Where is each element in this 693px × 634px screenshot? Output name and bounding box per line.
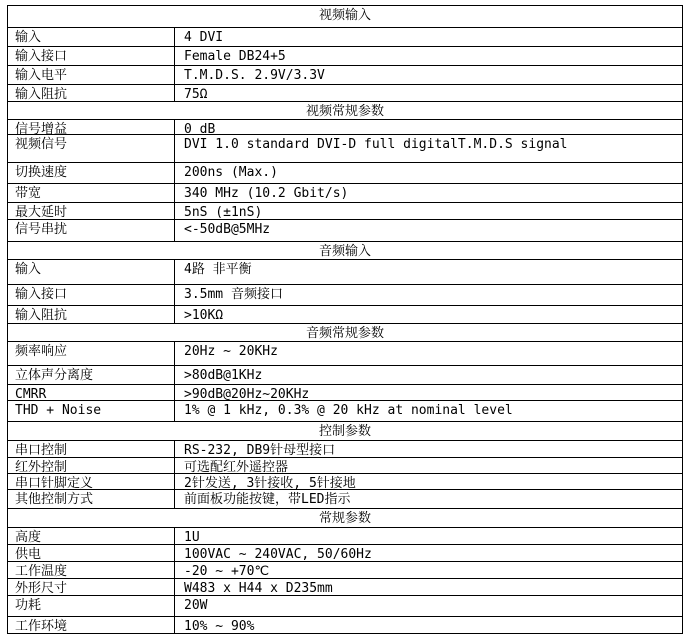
spec-row: 输入电平 T.M.D.S. 2.9V/3.3V xyxy=(8,65,682,84)
spec-row: 工作环境 10% ~ 90% xyxy=(8,616,682,633)
spec-row: 输入接口 3.5mm 音频接口 xyxy=(8,284,682,305)
spec-row: 视频信号 DVI 1.0 standard DVI-D full digital… xyxy=(8,134,682,162)
spec-row: 输入阻抗 75Ω xyxy=(8,84,682,101)
spec-row: CMRR >90dB@20Hz~20KHz xyxy=(8,384,682,400)
spec-label: 供电 xyxy=(8,545,175,561)
spec-value: Female DB24+5 xyxy=(175,47,682,65)
spec-label: 输入电平 xyxy=(8,66,175,84)
spec-value: 0 dB xyxy=(175,120,682,134)
spec-row: 信号串扰 <-50dB@5MHz xyxy=(8,219,682,241)
spec-row: 最大延时 5nS (±1nS) xyxy=(8,202,682,219)
spec-label: 串口针脚定义 xyxy=(8,474,175,489)
spec-label: 输入接口 xyxy=(8,285,175,305)
section-header-video-general: 视频常规参数 xyxy=(8,101,682,119)
spec-label: CMRR xyxy=(8,385,175,400)
spec-label: 输入 xyxy=(8,260,175,284)
spec-value: 10% ~ 90% xyxy=(175,617,682,633)
spec-value: 5nS (±1nS) xyxy=(175,203,682,219)
spec-value: 20Hz ~ 20KHz xyxy=(175,342,682,365)
spec-label: 红外控制 xyxy=(8,458,175,473)
spec-label: 功耗 xyxy=(8,596,175,616)
section-header-audio-input: 音频输入 xyxy=(8,241,682,259)
spec-value: 2针发送, 3针接收, 5针接地 xyxy=(175,474,682,489)
spec-row: 功耗 20W xyxy=(8,595,682,616)
spec-row: 工作温度 -20 ~ +70℃ xyxy=(8,561,682,578)
section-header-audio-general: 音频常规参数 xyxy=(8,323,682,341)
spec-row: THD + Noise 1% @ 1 kHz, 0.3% @ 20 kHz at… xyxy=(8,400,682,421)
spec-value: 前面板功能按键，带LED指示 xyxy=(175,490,682,508)
spec-label: 频率响应 xyxy=(8,342,175,365)
spec-label: 最大延时 xyxy=(8,203,175,219)
spec-row: 红外控制 可选配红外遥控器 xyxy=(8,457,682,473)
spec-value: 75Ω xyxy=(175,85,682,101)
spec-value: W483 x H44 x D235mm xyxy=(175,579,682,595)
spec-label: 输入接口 xyxy=(8,47,175,65)
spec-label: 视频信号 xyxy=(8,135,175,162)
spec-row: 输入 4路 非平衡 xyxy=(8,259,682,284)
spec-value: -20 ~ +70℃ xyxy=(175,562,682,578)
spec-label: 带宽 xyxy=(8,184,175,202)
spec-row: 输入 4 DVI xyxy=(8,27,682,46)
spec-row: 串口针脚定义 2针发送, 3针接收, 5针接地 xyxy=(8,473,682,489)
spec-label: 其他控制方式 xyxy=(8,490,175,508)
spec-label: 工作温度 xyxy=(8,562,175,578)
spec-row: 立体声分离度 >80dB@1KHz xyxy=(8,365,682,384)
spec-row: 串口控制 RS-232, DB9针母型接口 xyxy=(8,440,682,457)
spec-row: 外形尺寸 W483 x H44 x D235mm xyxy=(8,578,682,595)
spec-row: 频率响应 20Hz ~ 20KHz xyxy=(8,341,682,365)
spec-value: >10KΩ xyxy=(175,306,682,323)
spec-label: 串口控制 xyxy=(8,441,175,457)
section-header-general: 常规参数 xyxy=(8,508,682,527)
spec-label: 输入阻抗 xyxy=(8,306,175,323)
spec-value: 1U xyxy=(175,528,682,544)
spec-value: 20W xyxy=(175,596,682,616)
spec-value: 200ns (Max.) xyxy=(175,163,682,183)
spec-value: RS-232, DB9针母型接口 xyxy=(175,441,682,457)
spec-row: 输入接口 Female DB24+5 xyxy=(8,46,682,65)
spec-value: T.M.D.S. 2.9V/3.3V xyxy=(175,66,682,84)
spec-label: 切换速度 xyxy=(8,163,175,183)
spec-label: 输入阻抗 xyxy=(8,85,175,101)
spec-value: >90dB@20Hz~20KHz xyxy=(175,385,682,400)
spec-value: 可选配红外遥控器 xyxy=(175,458,682,473)
spec-label: 信号增益 xyxy=(8,120,175,134)
spec-value: 4路 非平衡 xyxy=(175,260,682,284)
spec-value: <-50dB@5MHz xyxy=(175,220,682,241)
spec-row: 输入阻抗 >10KΩ xyxy=(8,305,682,323)
spec-label: 立体声分离度 xyxy=(8,366,175,384)
spec-row: 信号增益 0 dB xyxy=(8,119,682,134)
spec-row: 带宽 340 MHz (10.2 Gbit/s) xyxy=(8,183,682,202)
spec-value: 4 DVI xyxy=(175,28,682,46)
spec-value: 3.5mm 音频接口 xyxy=(175,285,682,305)
spec-label: 信号串扰 xyxy=(8,220,175,241)
spec-table: 视频输入 输入 4 DVI 输入接口 Female DB24+5 输入电平 T.… xyxy=(7,5,683,634)
spec-row: 供电 100VAC ~ 240VAC, 50/60Hz xyxy=(8,544,682,561)
spec-value: >80dB@1KHz xyxy=(175,366,682,384)
spec-label: 高度 xyxy=(8,528,175,544)
spec-row: 高度 1U xyxy=(8,527,682,544)
spec-value: 1% @ 1 kHz, 0.3% @ 20 kHz at nominal lev… xyxy=(175,401,682,421)
spec-label: THD + Noise xyxy=(8,401,175,421)
spec-value: 340 MHz (10.2 Gbit/s) xyxy=(175,184,682,202)
spec-label: 外形尺寸 xyxy=(8,579,175,595)
spec-row: 其他控制方式 前面板功能按键，带LED指示 xyxy=(8,489,682,508)
spec-value: 100VAC ~ 240VAC, 50/60Hz xyxy=(175,545,682,561)
spec-label: 输入 xyxy=(8,28,175,46)
spec-label: 工作环境 xyxy=(8,617,175,633)
section-header-control: 控制参数 xyxy=(8,421,682,440)
spec-value: DVI 1.0 standard DVI-D full digitalT.M.D… xyxy=(175,135,682,162)
spec-row: 切换速度 200ns (Max.) xyxy=(8,162,682,183)
section-header-video-input: 视频输入 xyxy=(8,6,682,27)
